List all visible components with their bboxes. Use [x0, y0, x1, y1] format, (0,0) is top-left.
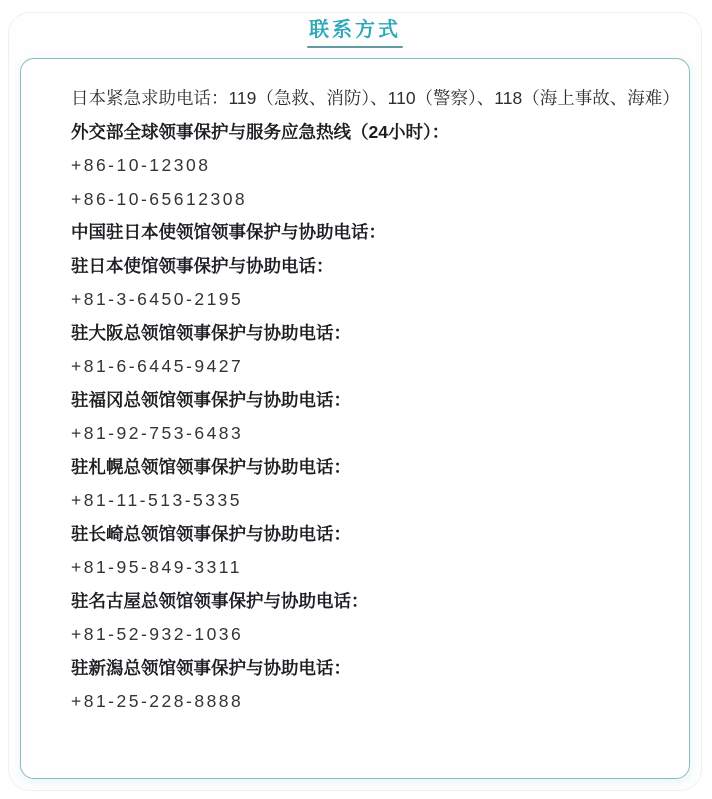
page-title: 联系方式 — [309, 20, 401, 40]
contact-heading: 驻长崎总领馆领事保护与协助电话： — [36, 518, 674, 552]
section-header: 联系方式 — [9, 13, 701, 48]
phone-number: +81-95-849-3311 — [36, 551, 674, 585]
phone-number: +81-52-932-1036 — [36, 618, 674, 652]
contact-heading: 驻札幌总领馆领事保护与协助电话： — [36, 451, 674, 485]
phone-number: +81-25-228-8888 — [36, 685, 674, 719]
contact-heading: 驻新潟总领馆领事保护与协助电话： — [36, 652, 674, 686]
contact-heading: 驻名古屋总领馆领事保护与协助电话： — [36, 585, 674, 619]
phone-number: +86-10-65612308 — [36, 183, 674, 217]
contact-heading: 驻大阪总领馆领事保护与协助电话： — [36, 317, 674, 351]
outer-frame: 联系方式 日本紧急求助电话：119（急救、消防）、110（警察）、118（海上事… — [8, 12, 702, 791]
contact-heading: 驻福冈总领馆领事保护与协助电话： — [36, 384, 674, 418]
phone-number: +81-3-6450-2195 — [36, 283, 674, 317]
phone-number: +86-10-12308 — [36, 149, 674, 183]
contact-heading: 驻日本使馆领事保护与协助电话： — [36, 250, 674, 284]
contact-list: 日本紧急求助电话：119（急救、消防）、110（警察）、118（海上事故、海难）… — [36, 82, 674, 719]
phone-number: +81-11-513-5335 — [36, 484, 674, 518]
contact-card: 日本紧急求助电话：119（急救、消防）、110（警察）、118（海上事故、海难）… — [20, 58, 690, 779]
contact-heading: 外交部全球领事保护与服务应急热线（24小时）： — [36, 116, 674, 150]
contact-heading: 中国驻日本使领馆领事保护与协助电话： — [36, 216, 674, 250]
intro-text: 日本紧急求助电话：119（急救、消防）、110（警察）、118（海上事故、海难） — [36, 82, 674, 116]
title-underline — [307, 46, 403, 48]
phone-number: +81-6-6445-9427 — [36, 350, 674, 384]
phone-number: +81-92-753-6483 — [36, 417, 674, 451]
